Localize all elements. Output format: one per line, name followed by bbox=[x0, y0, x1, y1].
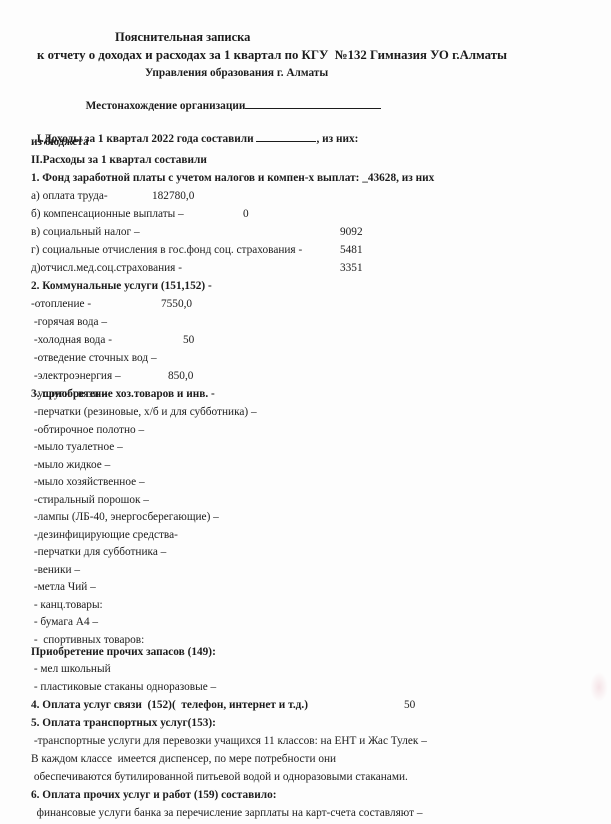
household-item: -мыло туалетное – bbox=[31, 440, 123, 454]
payroll-item-value: 182780,0 bbox=[152, 189, 194, 203]
other-services-line: финансовые услуги банка за перечисление … bbox=[31, 806, 422, 820]
payroll-item-label: б) компенсационные выплаты – bbox=[31, 207, 184, 221]
location-field: Местонахождение организации bbox=[80, 84, 381, 113]
other-stock-item: - пластиковые стаканы одноразовые – bbox=[31, 680, 216, 694]
payroll-item-label: д)отчисл.мед.соц.страхования - bbox=[31, 261, 182, 275]
household-item: -перчатки для субботника – bbox=[31, 545, 166, 559]
household-item: -стиральный порошок – bbox=[31, 493, 149, 507]
payroll-item-value: 3351 bbox=[340, 261, 363, 275]
payroll-item-value: 0 bbox=[243, 207, 249, 221]
income-blank bbox=[256, 131, 316, 142]
document-subtitle: к отчету о доходах и расходах за 1 кварт… bbox=[37, 48, 507, 62]
household-heading: 3. приобретение хоз.товаров и инв. - bbox=[31, 387, 215, 401]
utilities-heading: 2. Коммунальные услуги (151,152) - bbox=[31, 279, 212, 293]
household-item: -мыло жидкое – bbox=[31, 458, 110, 472]
utility-item-label: -отопление - bbox=[31, 297, 91, 311]
department-name: Управления образования г. Алматы bbox=[145, 66, 328, 80]
utility-item-value: 7550,0 bbox=[161, 297, 192, 311]
utility-item-value: 850,0 bbox=[168, 369, 193, 383]
household-item: -обтирочное полотно – bbox=[31, 423, 144, 437]
utility-item-value: 50 bbox=[183, 333, 194, 347]
payroll-item-value: 9092 bbox=[340, 225, 363, 239]
utility-item-label: -холодная вода - bbox=[31, 333, 112, 347]
document-title: Пояснительная записка bbox=[115, 30, 250, 44]
utility-item-label: -электроэнергия – bbox=[31, 369, 121, 383]
household-item: -веники – bbox=[31, 563, 80, 577]
payroll-heading: 1. Фонд заработной платы с учетом налого… bbox=[31, 171, 434, 185]
payroll-item-label: а) оплата труда- bbox=[31, 189, 108, 203]
scan-stain bbox=[590, 672, 608, 702]
payroll-item-label: в) социальный налог – bbox=[31, 225, 140, 239]
expenses-heading: II.Расходы за 1 квартал составили bbox=[31, 153, 207, 167]
other-stock-item: - мел школьный bbox=[31, 662, 111, 676]
transport-line: -транспортные услуги для перевозки учащи… bbox=[31, 734, 427, 748]
household-item: -лампы (ЛБ-40, энергосберегающие) – bbox=[31, 510, 219, 524]
utility-item-label: -горячая вода – bbox=[31, 315, 107, 329]
transport-line: обеспечиваются бутилированной питьевой в… bbox=[31, 770, 408, 784]
household-item: -метла Чий – bbox=[31, 580, 96, 594]
from-budget: из бюджета bbox=[31, 135, 89, 149]
payroll-item-value: 5481 bbox=[340, 243, 363, 257]
location-blank bbox=[245, 98, 381, 109]
utility-item-label: -отведение сточных вод – bbox=[31, 351, 157, 365]
household-item: - канц.товары: bbox=[31, 598, 103, 612]
household-item: - бумага А4 – bbox=[31, 615, 98, 629]
payroll-item-label: г) социальные отчисления в гос.фонд соц.… bbox=[31, 243, 302, 257]
transport-heading: 5. Оплата транспортных услуг(153): bbox=[31, 716, 216, 730]
location-label: Местонахождение организации bbox=[86, 100, 246, 112]
household-item: -перчатки (резиновые, х/б и для субботни… bbox=[31, 405, 257, 419]
household-item: -мыло хозяйственное – bbox=[31, 475, 145, 489]
other-services-heading: 6. Оплата прочих услуг и работ (159) сос… bbox=[31, 788, 277, 802]
communication-value: 50 bbox=[404, 698, 415, 712]
other-stock-heading: Приобретение прочих запасов (149): bbox=[31, 645, 216, 659]
communication-heading: 4. Оплата услуг связи (152)( телефон, ин… bbox=[31, 698, 308, 712]
household-item: -дезинфицирующие средства- bbox=[31, 528, 178, 542]
transport-line: В каждом классе имеется диспенсер, по ме… bbox=[31, 752, 336, 766]
income-heading-suffix: , из них: bbox=[316, 133, 358, 145]
